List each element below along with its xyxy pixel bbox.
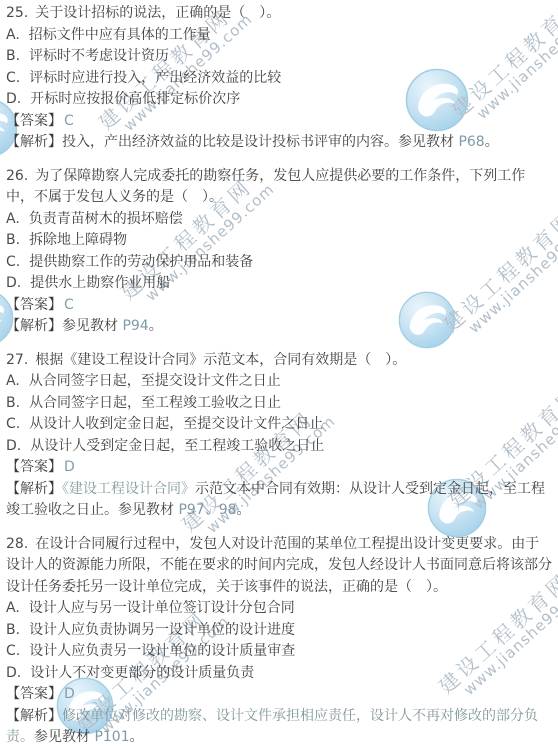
option-line: B.评标时不考虑设计资历 bbox=[6, 46, 552, 68]
question-stem-text: 为了保障勘察人完成委托的勘察任务，发包人应提供必要的工作条件，下列工作中，不属于… bbox=[6, 168, 525, 206]
option-line: C.从设计人收到定金日起，至提交设计文件之日止 bbox=[6, 414, 552, 436]
option-text: 招标文件中应有具体的工作量 bbox=[29, 27, 211, 43]
option-text: 开标时应按报价高低排定标价次序 bbox=[30, 91, 240, 107]
option-text: 从合同签字日起，至工程竣工验收之日止 bbox=[29, 395, 281, 411]
exam-questions-content: 25.关于设计招标的说法，正确的是（ ）。A.招标文件中应有具体的工作量B.评标… bbox=[0, 0, 558, 747]
option-line: A.设计人应与另一设计单位签订设计分包合同 bbox=[6, 598, 552, 620]
question-stem-text: 根据《建设工程设计合同》示范文本，合同有效期是（ ）。 bbox=[35, 352, 406, 368]
option-label: A. bbox=[6, 27, 20, 43]
answer-label: 【答案】 bbox=[6, 459, 62, 475]
analysis-label: 【解析】 bbox=[6, 134, 62, 150]
question-number: 27. bbox=[6, 352, 28, 368]
analysis-segment: 。 bbox=[149, 318, 163, 334]
answer-line: 【答案】C bbox=[6, 111, 552, 133]
option-label: D. bbox=[6, 91, 21, 107]
option-text: 评标时应进行投入，产出经济效益的比较 bbox=[29, 70, 281, 86]
question-number: 26. bbox=[6, 168, 28, 184]
option-line: A.招标文件中应有具体的工作量 bbox=[6, 25, 552, 47]
question-number: 25. bbox=[6, 5, 28, 21]
answer-value: C bbox=[64, 113, 74, 129]
option-label: C. bbox=[6, 70, 20, 86]
answer-line: 【答案】C bbox=[6, 295, 552, 317]
analysis-segment: 。 bbox=[237, 502, 251, 518]
answer-value: C bbox=[64, 297, 74, 313]
answer-value: D bbox=[64, 686, 75, 702]
option-label: B. bbox=[6, 622, 20, 638]
option-line: C.提供勘察工作的劳动保护用品和装备 bbox=[6, 252, 552, 274]
answer-label: 【答案】 bbox=[6, 113, 62, 129]
analysis-segment: 。 bbox=[130, 729, 144, 745]
analysis-label: 【解析】 bbox=[6, 708, 62, 724]
option-text: 设计人应负责另一设计单位的设计质量审查 bbox=[29, 643, 295, 659]
option-text: 从设计人受到定金日起，至工程竣工验收之日止 bbox=[30, 438, 324, 454]
option-text: 负责青苗树木的损坏赔偿 bbox=[29, 211, 183, 227]
question-block: 25.关于设计招标的说法，正确的是（ ）。A.招标文件中应有具体的工作量B.评标… bbox=[6, 3, 552, 154]
option-text: 设计人不对变更部分的设计质量负责 bbox=[30, 665, 254, 681]
option-text: 从设计人收到定金日起，至提交设计文件之日止 bbox=[29, 416, 323, 432]
analysis-segment: 。 bbox=[485, 134, 499, 150]
analysis-line: 【解析】参见教材 P94。 bbox=[6, 316, 552, 338]
question-stem: 27.根据《建设工程设计合同》示范文本，合同有效期是（ ）。 bbox=[6, 350, 552, 372]
question-block: 28.在设计合同履行过程中，发包人对设计范围的某单位工程提出设计变更要求。由于设… bbox=[6, 534, 552, 747]
option-label: C. bbox=[6, 416, 20, 432]
document-page: 建设工程教育网www.jianshe99.com建设工程教育网www.jians… bbox=[0, 0, 558, 747]
analysis-segment: 《建设工程设计合同》 bbox=[62, 481, 195, 497]
analysis-line: 【解析】修改单位对修改的勘察、设计文件承担相应责任，设计人不再对修改的部分负责。… bbox=[6, 706, 552, 747]
question-stem: 25.关于设计招标的说法，正确的是（ ）。 bbox=[6, 3, 552, 25]
option-line: B.设计人应负责协调另一设计单位的设计进度 bbox=[6, 620, 552, 642]
answer-label: 【答案】 bbox=[6, 686, 62, 702]
option-label: A. bbox=[6, 373, 20, 389]
option-label: C. bbox=[6, 643, 20, 659]
question-stem: 28.在设计合同履行过程中，发包人对设计范围的某单位工程提出设计变更要求。由于设… bbox=[6, 534, 552, 599]
analysis-label: 【解析】 bbox=[6, 481, 62, 497]
option-label: D. bbox=[6, 438, 21, 454]
analysis-segment: P68 bbox=[458, 134, 484, 150]
analysis-segment: P97、98 bbox=[178, 502, 236, 518]
option-text: 设计人应与另一设计单位签订设计分包合同 bbox=[29, 600, 295, 616]
question-number: 28. bbox=[6, 536, 28, 552]
option-label: B. bbox=[6, 232, 20, 248]
analysis-segment: 参见教材 bbox=[62, 318, 122, 334]
option-text: 评标时不考虑设计资历 bbox=[29, 48, 169, 64]
option-label: C. bbox=[6, 254, 20, 270]
option-line: B.拆除地上障碍物 bbox=[6, 230, 552, 252]
analysis-label: 【解析】 bbox=[6, 318, 62, 334]
option-line: C.设计人应负责另一设计单位的设计质量审查 bbox=[6, 641, 552, 663]
option-label: B. bbox=[6, 48, 20, 64]
option-text: 设计人应负责协调另一设计单位的设计进度 bbox=[29, 622, 295, 638]
option-line: A.从合同签字日起，至提交设计文件之日止 bbox=[6, 371, 552, 393]
option-line: D.开标时应按报价高低排定标价次序 bbox=[6, 89, 552, 111]
option-text: 提供水上勘察作业用船 bbox=[30, 275, 170, 291]
question-block: 26.为了保障勘察人完成委托的勘察任务，发包人应提供必要的工作条件，下列工作中，… bbox=[6, 166, 552, 338]
option-label: A. bbox=[6, 211, 20, 227]
analysis-line: 【解析】投入，产出经济效益的比较是设计投标书评审的内容。参见教材 P68。 bbox=[6, 132, 552, 154]
option-label: D. bbox=[6, 275, 21, 291]
option-line: D.设计人不对变更部分的设计质量负责 bbox=[6, 663, 552, 685]
option-line: D.从设计人受到定金日起，至工程竣工验收之日止 bbox=[6, 436, 552, 458]
option-line: B.从合同签字日起，至工程竣工验收之日止 bbox=[6, 393, 552, 415]
question-stem-text: 在设计合同履行过程中，发包人对设计范围的某单位工程提出设计变更要求。由于设计人的… bbox=[6, 536, 552, 595]
answer-line: 【答案】D bbox=[6, 684, 552, 706]
answer-label: 【答案】 bbox=[6, 297, 62, 313]
option-line: A.负责青苗树木的损坏赔偿 bbox=[6, 209, 552, 231]
option-text: 拆除地上障碍物 bbox=[29, 232, 127, 248]
question-block: 27.根据《建设工程设计合同》示范文本，合同有效期是（ ）。A.从合同签字日起，… bbox=[6, 350, 552, 522]
question-stem-text: 关于设计招标的说法，正确的是（ ）。 bbox=[35, 5, 280, 21]
answer-value: D bbox=[64, 459, 75, 475]
option-text: 提供勘察工作的劳动保护用品和装备 bbox=[29, 254, 253, 270]
option-label: B. bbox=[6, 395, 20, 411]
option-line: D.提供水上勘察作业用船 bbox=[6, 273, 552, 295]
question-stem: 26.为了保障勘察人完成委托的勘察任务，发包人应提供必要的工作条件，下列工作中，… bbox=[6, 166, 552, 209]
answer-line: 【答案】D bbox=[6, 457, 552, 479]
analysis-line: 【解析】《建设工程设计合同》示范文本中合同有效期：从设计人受到定金日起，至工程竣… bbox=[6, 479, 552, 522]
option-label: D. bbox=[6, 665, 21, 681]
analysis-segment: P101 bbox=[94, 729, 129, 745]
option-label: A. bbox=[6, 600, 20, 616]
option-line: C.评标时应进行投入，产出经济效益的比较 bbox=[6, 68, 552, 90]
option-text: 从合同签字日起，至提交设计文件之日止 bbox=[29, 373, 281, 389]
analysis-segment: P94 bbox=[122, 318, 148, 334]
analysis-segment: 参见教材 bbox=[34, 729, 94, 745]
analysis-segment: 投入，产出经济效益的比较是设计投标书评审的内容。参见教材 bbox=[62, 134, 458, 150]
